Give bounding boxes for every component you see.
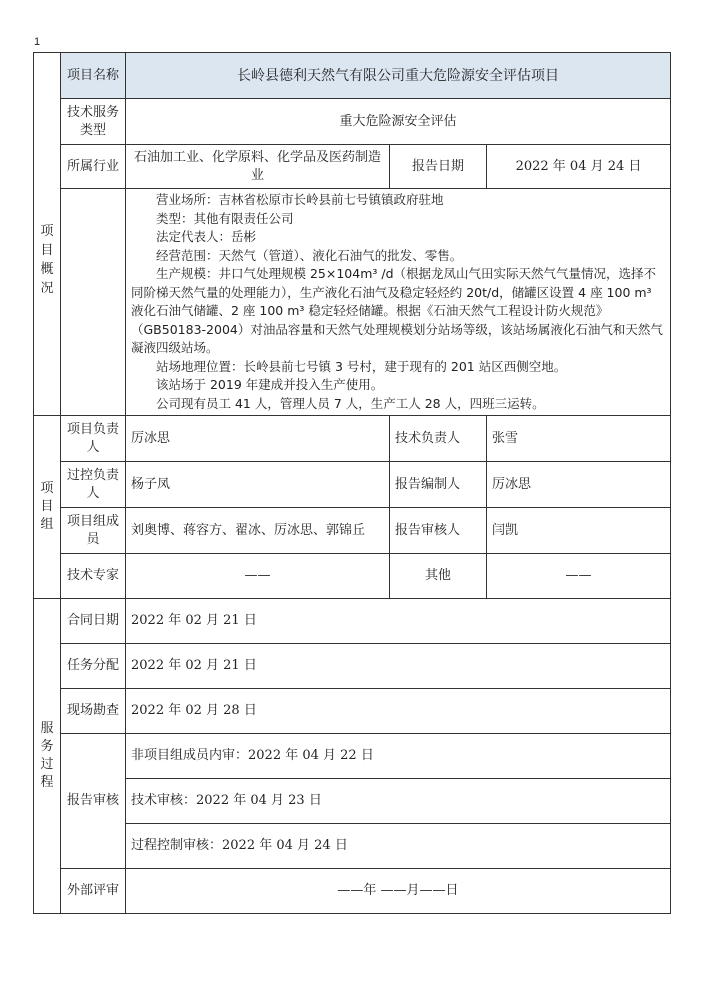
team-row-value2: 闫凯: [487, 508, 671, 554]
service-type-value: 重大危险源安全评估: [126, 99, 671, 145]
industry-value: 石油加工业、化学原料、化学品及医药制造业: [126, 145, 390, 189]
report-date-label: 报告日期: [390, 145, 487, 189]
contract-date-value: 2022 年 02 月 21 日: [126, 599, 671, 644]
overview-paragraph: 营业场所：吉林省松原市长岭县前七号镇镇政府驻地: [131, 191, 665, 210]
survey-label: 现场勘查: [61, 689, 126, 734]
project-info-table: 项目名称 长岭县德利天然气有限公司重大危险源安全评估项目 技术服务类型 重大危险…: [33, 52, 671, 914]
team-row-value2: 厉冰思: [487, 462, 671, 508]
team-row-label2: 其他: [390, 554, 487, 599]
assignment-value: 2022 年 02 月 21 日: [126, 644, 671, 689]
review-item: 过程控制审核：2022 年 04 月 24 日: [126, 824, 671, 869]
team-row-label: 项目组成员: [61, 508, 126, 554]
team-row-label2: 报告审核人: [390, 508, 487, 554]
team-row-value: 厉冰思: [126, 416, 390, 462]
team-row-value2: 张雪: [487, 416, 671, 462]
review-label: 报告审核: [61, 734, 126, 869]
overview-paragraph: 类型：其他有限责任公司: [131, 210, 665, 229]
overview-paragraph: 站场地理位置：长岭县前七号镇 3 号村，建于现有的 201 站区西侧空地。: [131, 358, 665, 377]
team-row-value: 杨子凤: [126, 462, 390, 508]
overview-paragraph: 法定代表人：岳彬: [131, 228, 665, 247]
service-type-label: 技术服务类型: [61, 99, 126, 145]
team-row-label2: 报告编制人: [390, 462, 487, 508]
contract-date-label: 合同日期: [61, 599, 126, 644]
team-row-label2: 技术负责人: [390, 416, 487, 462]
team-row-label: 项目负责人: [61, 416, 126, 462]
overview-paragraph: 经营范围：天然气（管道）、液化石油气的批发、零售。: [131, 247, 665, 266]
overview-content: 营业场所：吉林省松原市长岭县前七号镇镇政府驻地 类型：其他有限责任公司 法定代表…: [126, 189, 671, 416]
overview-blank: [61, 189, 126, 416]
review-item: 技术审核：2022 年 04 月 23 日: [126, 779, 671, 824]
overview-paragraph: 生产规模：井口气处理规模 25×104m³ /d（根据龙凤山气田实际天然气气量情…: [131, 265, 665, 358]
section-label-team: 项目组: [34, 416, 61, 599]
overview-section-label: 项目概况: [37, 222, 57, 298]
assignment-label: 任务分配: [61, 644, 126, 689]
team-row-label: 过控负责人: [61, 462, 126, 508]
industry-label: 所属行业: [61, 145, 126, 189]
external-review-value: ——年 ——月——日: [126, 869, 671, 914]
project-name-label: 项目名称: [61, 53, 126, 99]
report-date-value: 2022 年 04 月 24 日: [487, 145, 671, 189]
review-item: 非项目组成员内审：2022 年 04 月 22 日: [126, 734, 671, 779]
survey-value: 2022 年 02 月 28 日: [126, 689, 671, 734]
overview-paragraph: 该站场于 2019 年建成并投入生产使用。: [131, 376, 665, 395]
section-label-process: 服务过程: [34, 599, 61, 914]
team-row-label: 技术专家: [61, 554, 126, 599]
team-row-value2: ——: [487, 554, 671, 599]
external-review-label: 外部评审: [61, 869, 126, 914]
team-row-value: ——: [126, 554, 390, 599]
project-name-value: 长岭县德利天然气有限公司重大危险源安全评估项目: [126, 53, 671, 99]
overview-paragraph: 公司现有员工 41 人，管理人员 7 人，生产工人 28 人，四班三运转。: [131, 395, 665, 414]
team-row-value: 刘奥博、蒋容方、翟冰、厉冰思、郭锦丘: [126, 508, 390, 554]
page-number: 1: [34, 36, 40, 48]
